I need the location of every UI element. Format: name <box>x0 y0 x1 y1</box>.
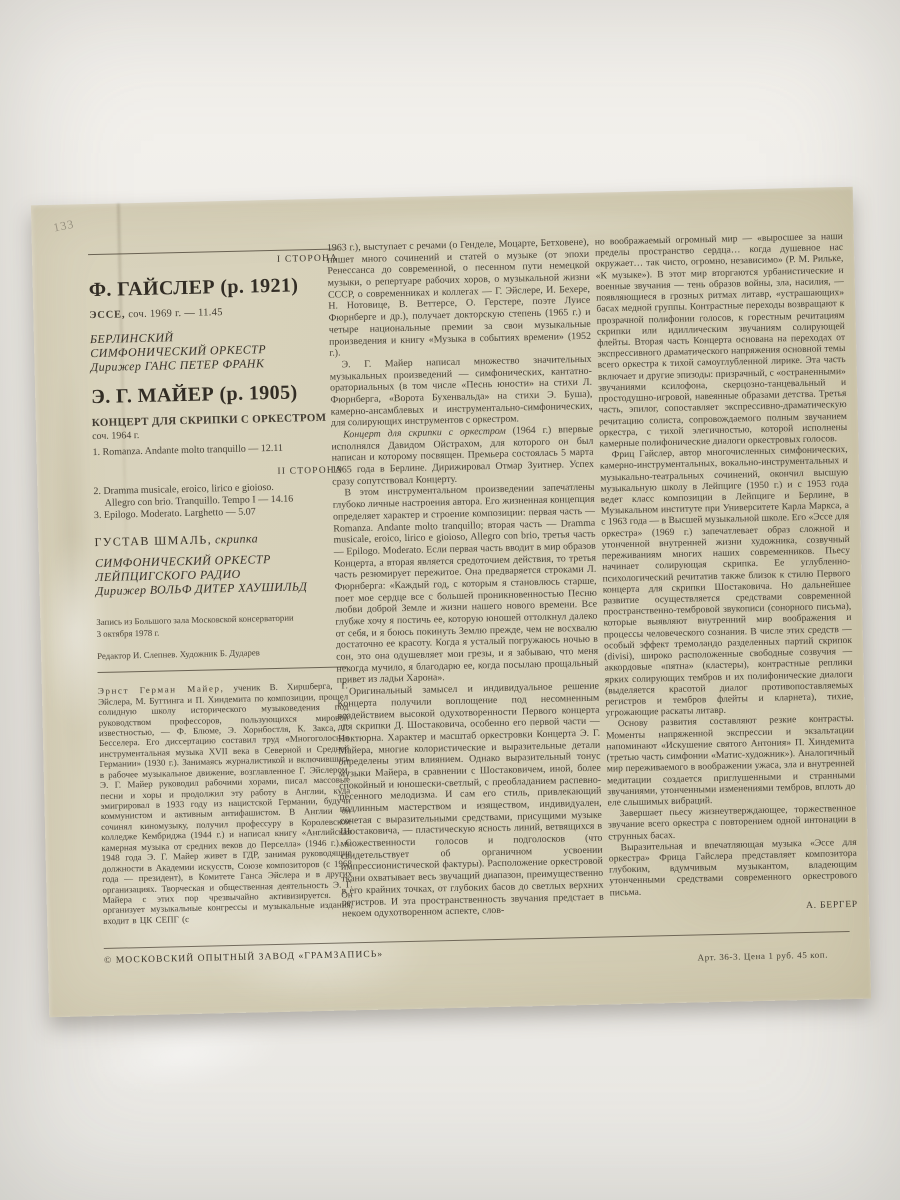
composer2-name: Э. Г. МАЙЕР (р. 1905) <box>91 381 341 410</box>
work1-title: ЭССЕ, <box>89 309 125 321</box>
orchestra1-block: БЕРЛИНСКИЙ СИМФОНИЧЕСКИЙ ОРКЕСТР Дирижер… <box>90 326 341 374</box>
liner-paragraph: Основу развития составляют резкие контра… <box>606 713 856 808</box>
divider-middle <box>98 667 348 674</box>
work1-line: ЭССЕ, соч. 1969 г. — 11.45 <box>89 304 339 321</box>
liner-paragraph: но воображаемый огромный мир — «выросшее… <box>595 231 848 450</box>
liner-notes-middle-column: 1963 г.), выступает с речами (о Генделе,… <box>327 237 604 921</box>
record-sleeve-back: 133 I СТОРОНА Ф. ГАЙСЛЕР (р. 1921) ЭССЕ,… <box>31 187 871 1017</box>
liner-paragraph: Фриц Гайслер, автор многочисленных симфо… <box>600 444 854 719</box>
photo-backdrop: 133 I СТОРОНА Ф. ГАЙСЛЕР (р. 1921) ЭССЕ,… <box>0 0 900 1200</box>
program-column: I СТОРОНА Ф. ГАЙСЛЕР (р. 1921) ЭССЕ, соч… <box>88 248 353 935</box>
pencil-mark: 133 <box>52 217 76 236</box>
side1-label: I СТОРОНА <box>88 253 338 269</box>
orchestra2-block: СИМФОНИЧЕСКИЙ ОРКЕСТР ЛЕЙПЦИГСКОГО РАДИО… <box>95 551 346 599</box>
liner-paragraph: Концерт для скрипки с оркестром (1964 г.… <box>331 424 594 488</box>
composer-bio-paragraph: Эрнст Герман Майер, ученик В. Хиршберга,… <box>98 681 353 927</box>
liner-paragraph: Выразительная и впечатляющая музыка «Эсс… <box>608 837 857 899</box>
liner-paragraph: Оригинальный замысел и индивидуальное ре… <box>337 681 604 921</box>
liner-paragraph: В этом инструментальном произведении зап… <box>332 482 598 687</box>
liner-paragraph: 1963 г.), выступает с речами (о Генделе,… <box>327 237 592 360</box>
composer1-name: Ф. ГАЙСЛЕР (р. 1921) <box>89 273 339 302</box>
soloist-name: ГУСТАВ ШМАЛЬ, <box>94 533 212 550</box>
side2-label: II СТОРОНА <box>93 466 343 482</box>
liner-paragraph: Э. Г. Майер написал множество значительн… <box>329 354 593 430</box>
track1: 1. Romanza. Andante molto tranquillo — 1… <box>92 442 342 460</box>
soloist-line: ГУСТАВ ШМАЛЬ, скрипка <box>94 530 344 551</box>
work1-info: соч. 1969 г. — 11.45 <box>128 307 223 320</box>
soloist-instrument: скрипка <box>215 532 258 547</box>
liner-paragraph: Завершает пьесу жизнеутверждающее, торже… <box>608 803 857 842</box>
credits-line: Редактор И. Слепнев. Художник Б. Дударев <box>97 646 347 662</box>
recording-note: Запись из Большого зала Московской консе… <box>96 612 346 641</box>
bio-text: ученик В. Хиршберга, Г. Эйслера, М. Бутт… <box>98 681 353 926</box>
liner-notes-right-column: но воображаемый огромный мир — «выросшее… <box>595 231 858 915</box>
